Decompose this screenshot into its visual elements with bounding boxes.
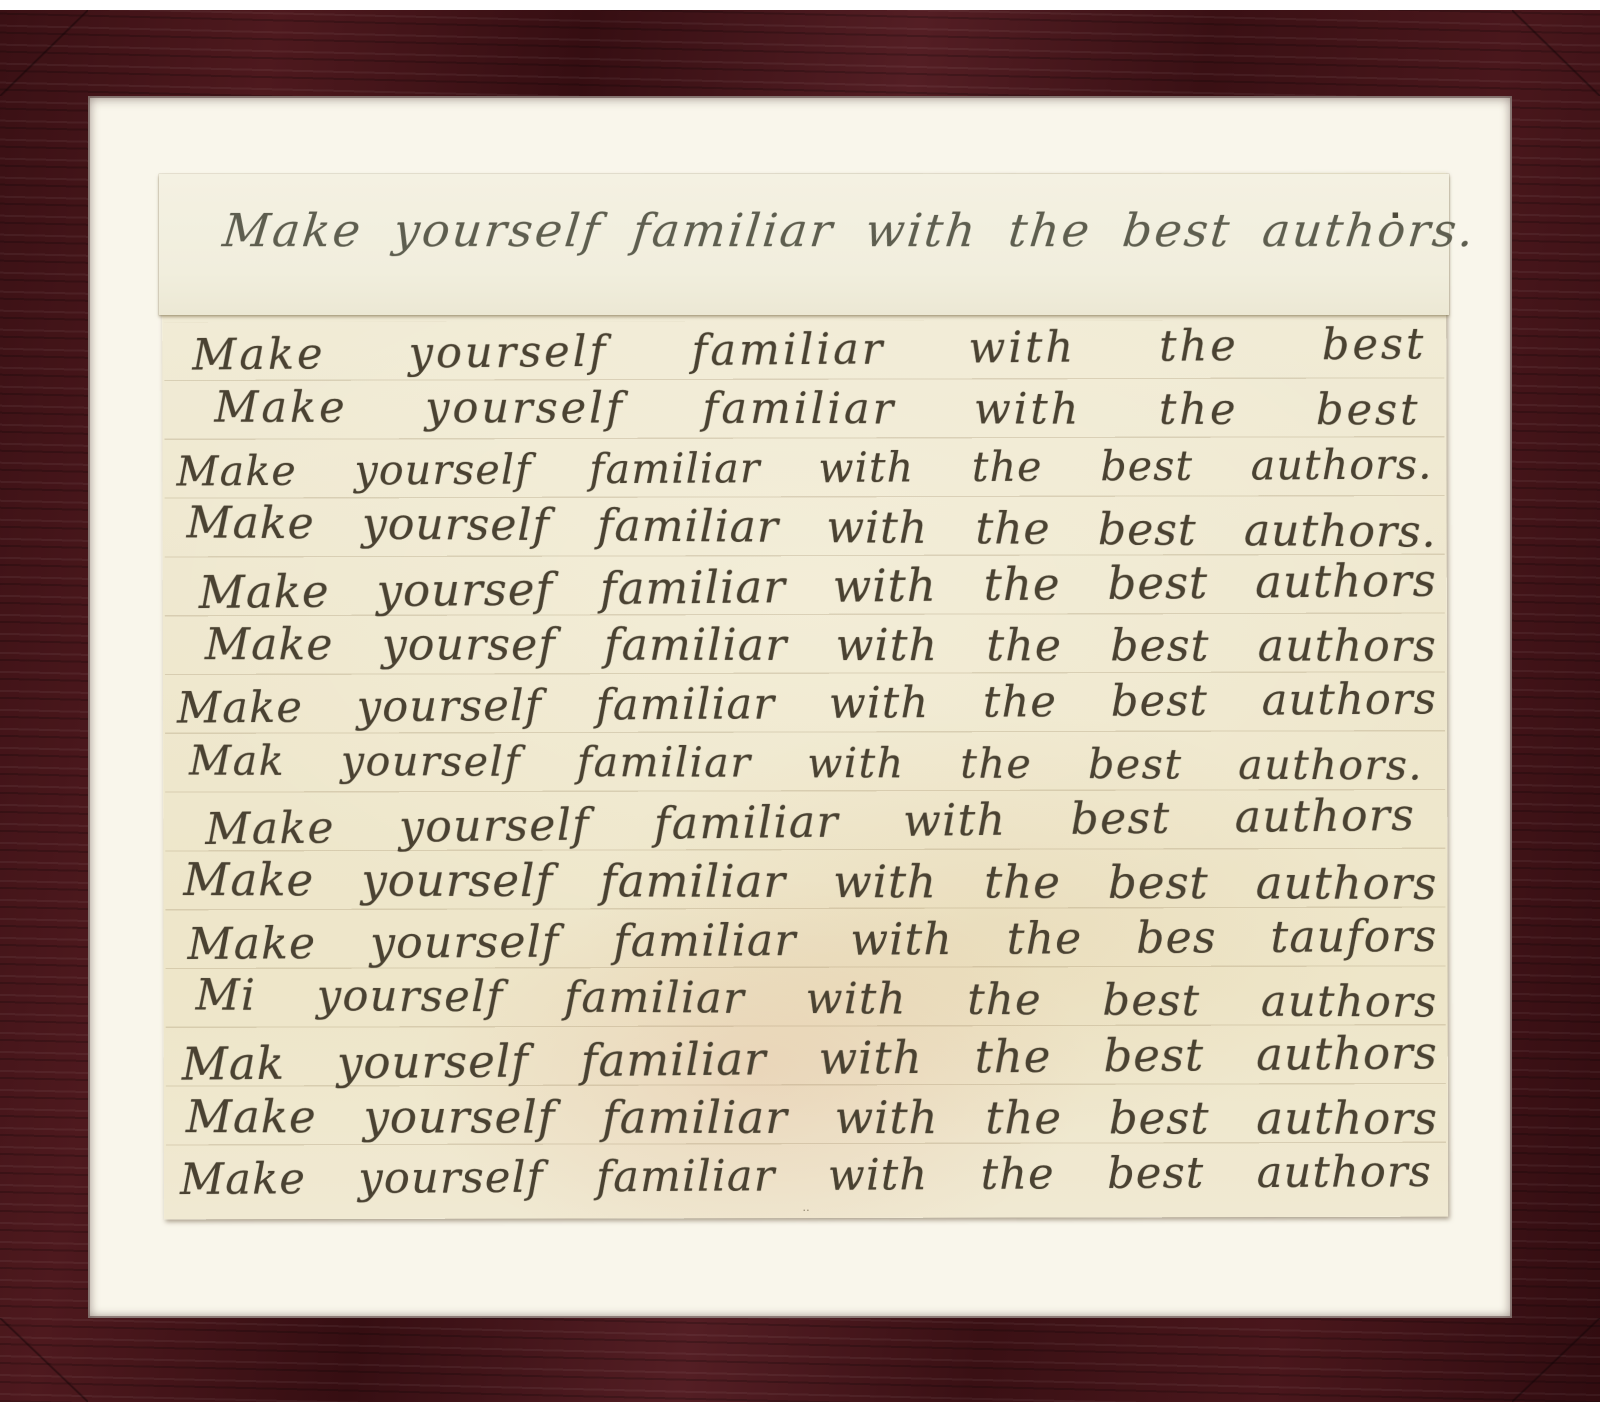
handwriting-lines: Make yourself familiar with the bestMake… (174, 320, 1438, 1208)
handwriting-line: Make yourself familiar with the bes tauf… (175, 907, 1437, 974)
handwriting-line: Make yourself familiar with the best aut… (175, 670, 1437, 738)
framed-artwork-photo: Make yourself familiar with the best aut… (0, 0, 1600, 1418)
handwriting-line: Mi yourself familiar with the best autho… (175, 966, 1437, 1032)
corner-mark: ▪ (1392, 208, 1399, 221)
handwriting-line: Mak yourself familiar with the best auth… (175, 731, 1437, 795)
handwriting-line: Make yourself familiar with the best aut… (176, 1143, 1438, 1210)
frame-miter-bottom-left (0, 1318, 88, 1402)
handwriting-line: Make yoursef familiar with the best auth… (175, 615, 1437, 676)
handwriting-line: Make yourself familiar with the best (174, 379, 1436, 441)
handwriting-line: Make yourself familiar with the best (174, 315, 1436, 385)
picture-frame: Make yourself familiar with the best aut… (0, 10, 1600, 1402)
handwriting-line: Make yourself familiar with best authors (175, 786, 1438, 860)
frame-miter-top-right (1512, 10, 1600, 96)
handwriting-line: Make yourself familiar with the best aut… (175, 850, 1437, 913)
handwriting-line: Make yoursef familiar with the best auth… (175, 551, 1438, 623)
practice-sheet: Make yourself familiar with the best aut… (162, 173, 1448, 1220)
handwriting-line: Make yourself familiar with the best aut… (174, 435, 1436, 501)
model-line-slip: Make yourself familiar with the best aut… (159, 174, 1449, 315)
handwriting-line: Make yourself familiar with the best aut… (176, 1087, 1438, 1148)
handwriting-line: Make yourself familiar with the best aut… (174, 493, 1436, 561)
mat-board: Make yourself familiar with the best aut… (88, 96, 1512, 1318)
model-sentence: Make yourself familiar with the best aut… (155, 196, 1452, 265)
frame-miter-top-left (0, 10, 88, 96)
bottom-page-mark: ‥ (802, 1201, 809, 1214)
frame-miter-bottom-right (1512, 1318, 1600, 1402)
handwriting-line: Mak yourself familiar with the best auth… (176, 1023, 1438, 1093)
